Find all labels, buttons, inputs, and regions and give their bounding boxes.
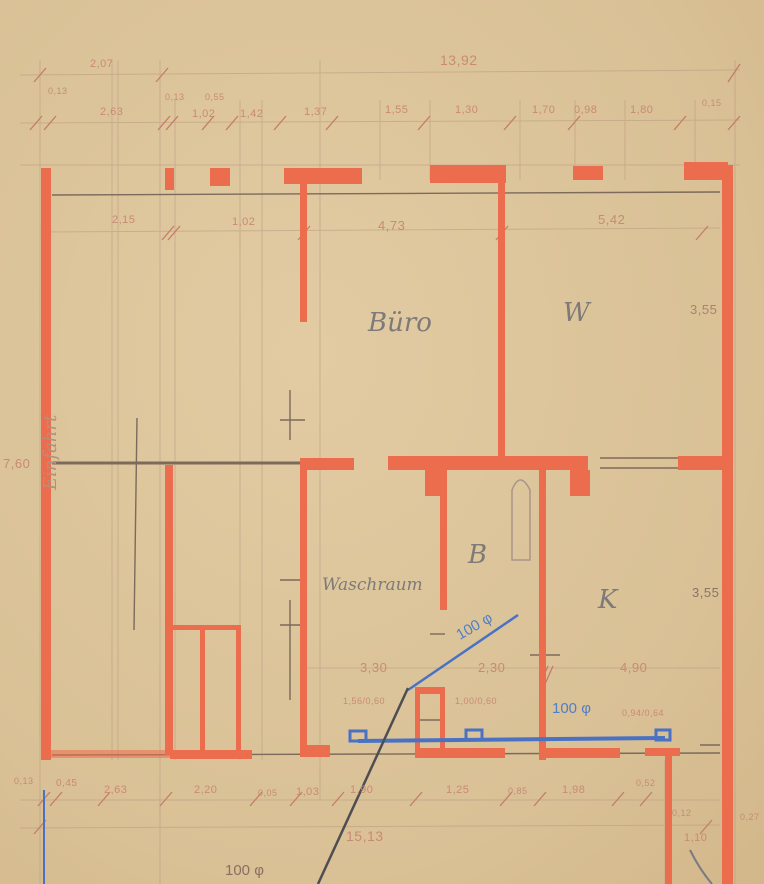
dim-bottom: 0,13	[14, 776, 34, 786]
dim-sill-3: 0,94/0,64	[622, 708, 664, 718]
dim-bottom: 2,20	[194, 784, 217, 796]
dim-top: 1,37	[304, 106, 327, 118]
dim-top: 1,42	[240, 108, 263, 120]
room-label-kueche: K	[598, 585, 617, 615]
dim-top: 0,13	[165, 92, 185, 102]
dim-kueche-depth: 3,55	[692, 585, 719, 600]
dim-top: 1,02	[192, 108, 215, 120]
dim-top: 1,30	[455, 104, 478, 116]
dim-right-b: 1,10	[684, 832, 707, 844]
dim-top: 2,63	[100, 106, 123, 118]
dim-right-a: 0,12	[672, 808, 692, 818]
room-label-waschraum: Waschraum	[322, 575, 423, 595]
vertical-label: Einfahrt	[40, 415, 61, 490]
dim-wohnen-width: 5,42	[598, 212, 625, 227]
bathtub-outline	[512, 480, 530, 560]
walls	[41, 162, 733, 884]
pipe-label-horiz: 100 φ	[552, 700, 591, 717]
dim-top: 0,13	[48, 86, 68, 96]
dim-sill-1: 1,56/0,60	[343, 696, 385, 706]
dim-sill-2: 1,00/0,60	[455, 696, 497, 706]
dim-overall-bottom: 15,13	[346, 828, 384, 844]
dim-bottom: 0,85	[508, 786, 528, 796]
room-label-buero: Büro	[368, 308, 432, 338]
dim-overall-top: 13,92	[440, 52, 478, 68]
dim-left-block: 2,07	[90, 58, 113, 70]
dim-waschraum-width: 3,30	[360, 660, 387, 675]
floor-plan-drawing	[0, 0, 764, 884]
floor-plan-sheet: Büro W Waschraum B K Einfahrt 100 φ 100 …	[0, 0, 764, 884]
dim-bottom: 2,63	[104, 784, 127, 796]
dim-top: 1,70	[532, 104, 555, 116]
room-label-wohnen: W	[563, 298, 590, 328]
dim-top: 1,80	[630, 104, 653, 116]
room-label-bad: B	[468, 540, 487, 570]
dim-bottom: 1,90	[350, 784, 373, 796]
dim-buero-width: 4,73	[378, 218, 405, 233]
dim-bottom: 1,03	[296, 786, 319, 798]
dim-bottom: 0,05	[258, 788, 278, 798]
dim-wohnen-depth: 3,55	[690, 302, 717, 317]
dim-top: 0,15	[702, 98, 722, 108]
dim-right-c: 0,27	[740, 812, 760, 822]
dim-kueche-width: 4,90	[620, 660, 647, 675]
pipe-label-bottom: 100 φ	[225, 862, 264, 879]
dim-bottom: 0,45	[56, 778, 77, 789]
dim-bottom: 1,25	[446, 784, 469, 796]
dim-bottom: 0,52	[636, 778, 656, 788]
dim-left-height: 7,60	[3, 456, 30, 471]
dim-bad-width: 2,30	[478, 660, 505, 675]
construction-lines	[20, 60, 740, 884]
dim-bottom: 1,98	[562, 784, 585, 796]
dim-top: 0,55	[205, 92, 225, 102]
dim-left-a: 2,15	[112, 214, 135, 226]
dim-top: 1,55	[385, 104, 408, 116]
dim-top: 0,98	[574, 104, 597, 116]
dim-left-b: 1,02	[232, 216, 255, 228]
